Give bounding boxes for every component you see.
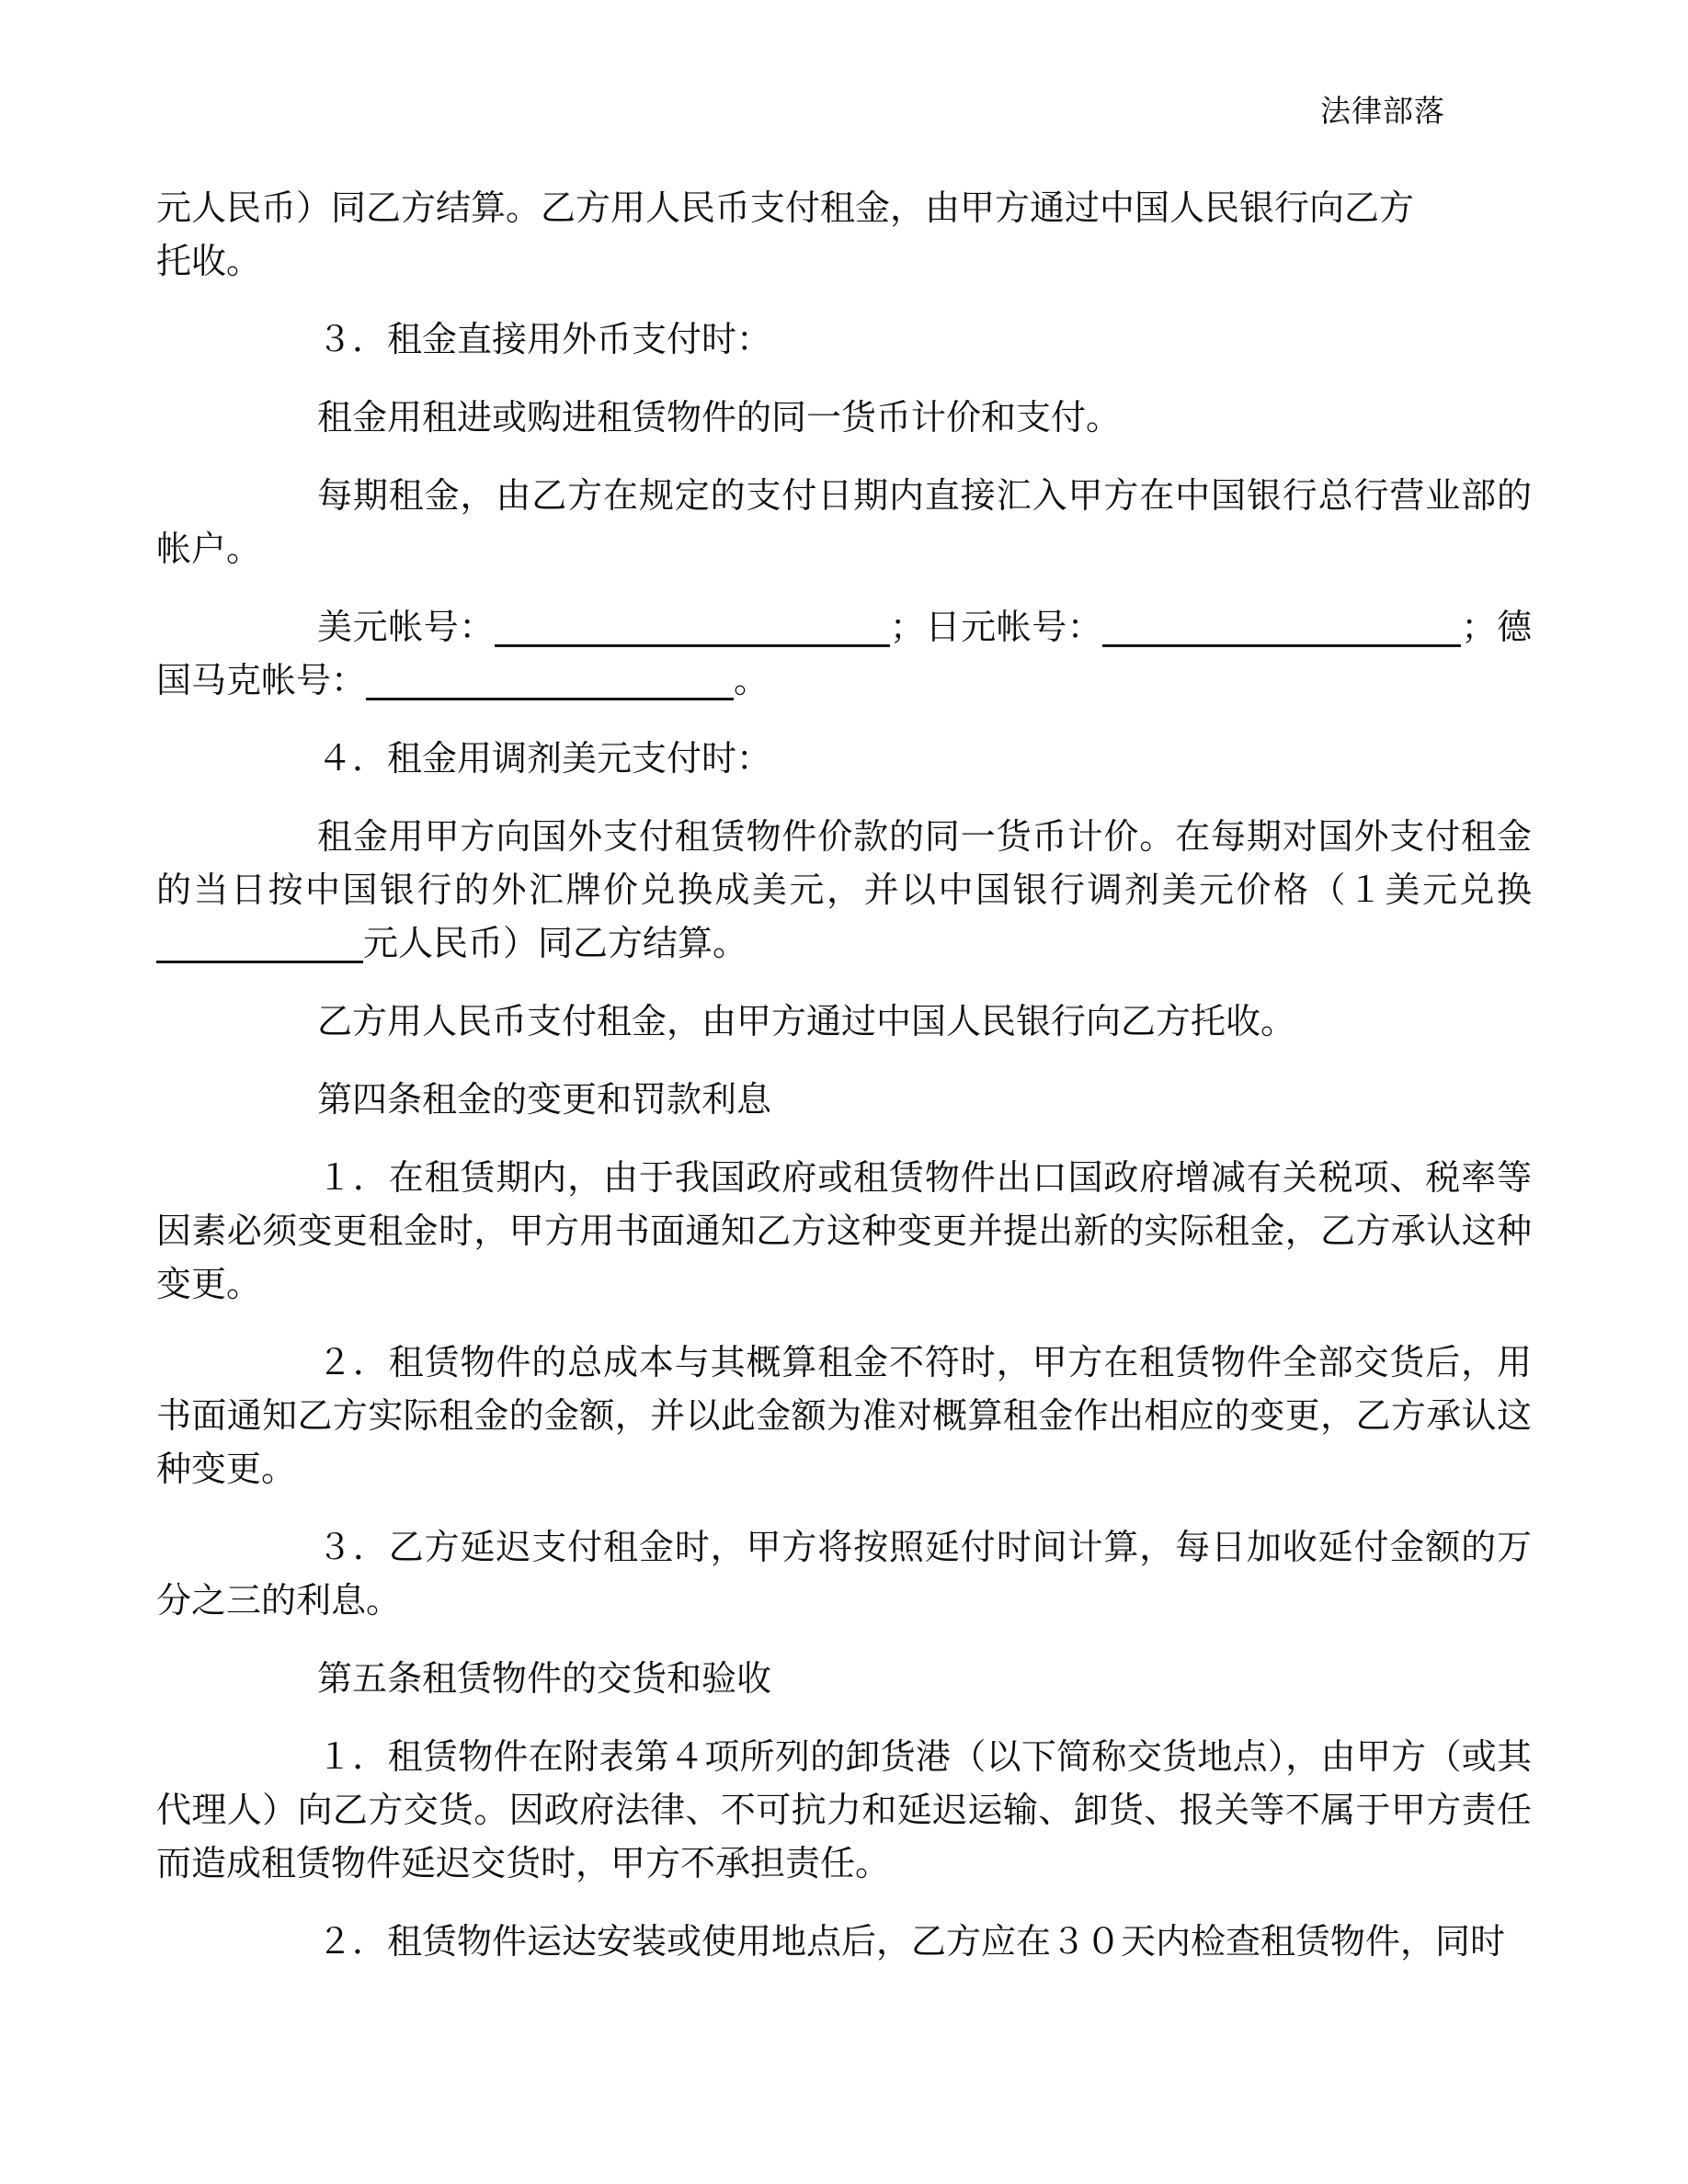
settlement-line-1: 元人民币）同乙方结算。乙方用人民币支付租金，由甲方通过中国人民银行向乙方 (156, 189, 1414, 228)
paragraph-rmb-collection: 乙方用人民币支付租金，由甲方通过中国人民银行向乙方托收。 (156, 995, 1532, 1049)
clause-3-foreign-currency-title: ３．租金直接用外币支付时： (156, 313, 1532, 367)
article-5-heading: 第五条租赁物件的交货和验收 (156, 1653, 1532, 1706)
paragraph-settlement-continued: 元人民币）同乙方结算。乙方用人民币支付租金，由甲方通过中国人民银行向乙方托收。 (156, 182, 1532, 289)
contract-body: 元人民币）同乙方结算。乙方用人民币支付租金，由甲方通过中国人民银行向乙方托收。 … (156, 182, 1532, 1994)
jpy-account-blank (1102, 609, 1461, 647)
settlement-line-2: 托收。 (156, 243, 261, 281)
dem-account-blank (366, 663, 734, 700)
article-5-item-2: ２．租赁物件运达安装或使用地点后，乙方应在３０天内检查租赁物件，同时 (156, 1916, 1532, 1969)
jpy-account-label: ；日元帐号： (890, 609, 1102, 647)
usd-account-label: 美元帐号： (317, 609, 495, 647)
article-4-item-1: １．在租赁期内，由于我国政府或租赁物件出口国政府增减有关税项、税率等因素必须变更… (156, 1152, 1532, 1312)
article-5-item-1: １．租赁物件在附表第４项所列的卸货港（以下简称交货地点），由甲方（或其代理人）向… (156, 1731, 1532, 1891)
adjusted-usd-text-before: 租金用甲方向国外支付租赁物件价款的同一货币计价。在每期对国外支付租金的当日按中国… (156, 818, 1532, 910)
article-4-item-3: ３．乙方延迟支付租金时，甲方将按照延付时间计算，每日加收延付金额的万分之三的利息… (156, 1521, 1532, 1628)
article-4-heading: 第四条租金的变更和罚款利息 (156, 1074, 1532, 1127)
site-watermark: 法律部落 (1320, 94, 1445, 131)
usd-account-blank (495, 609, 890, 647)
adjusted-usd-text-after: 元人民币）同乙方结算。 (363, 925, 747, 963)
paragraph-adjusted-usd: 租金用甲方向国外支付租赁物件价款的同一货币计价。在每期对国外支付租金的当日按中国… (156, 811, 1532, 971)
exchange-rate-blank (156, 926, 363, 963)
clause-4-adjusted-usd-title: ４．租金用调剂美元支付时： (156, 733, 1532, 786)
article-4-item-2: ２．租赁物件的总成本与其概算租金不符时，甲方在租赁物件全部交货后，用书面通知乙方… (156, 1337, 1532, 1496)
account-line-period: 。 (734, 662, 769, 700)
contract-document-page: 法律部落 元人民币）同乙方结算。乙方用人民币支付租金，由甲方通过中国人民银行向乙… (0, 0, 1688, 2184)
paragraph-account-numbers: 美元帐号：；日元帐号：；德国马克帐号：。 (156, 601, 1532, 708)
paragraph-each-rent-remit: 每期租金，由乙方在规定的支付日期内直接汇入甲方在中国银行总行营业部的帐户。 (156, 470, 1532, 576)
paragraph-same-currency: 租金用租进或购进租赁物件的同一货币计价和支付。 (156, 392, 1532, 445)
